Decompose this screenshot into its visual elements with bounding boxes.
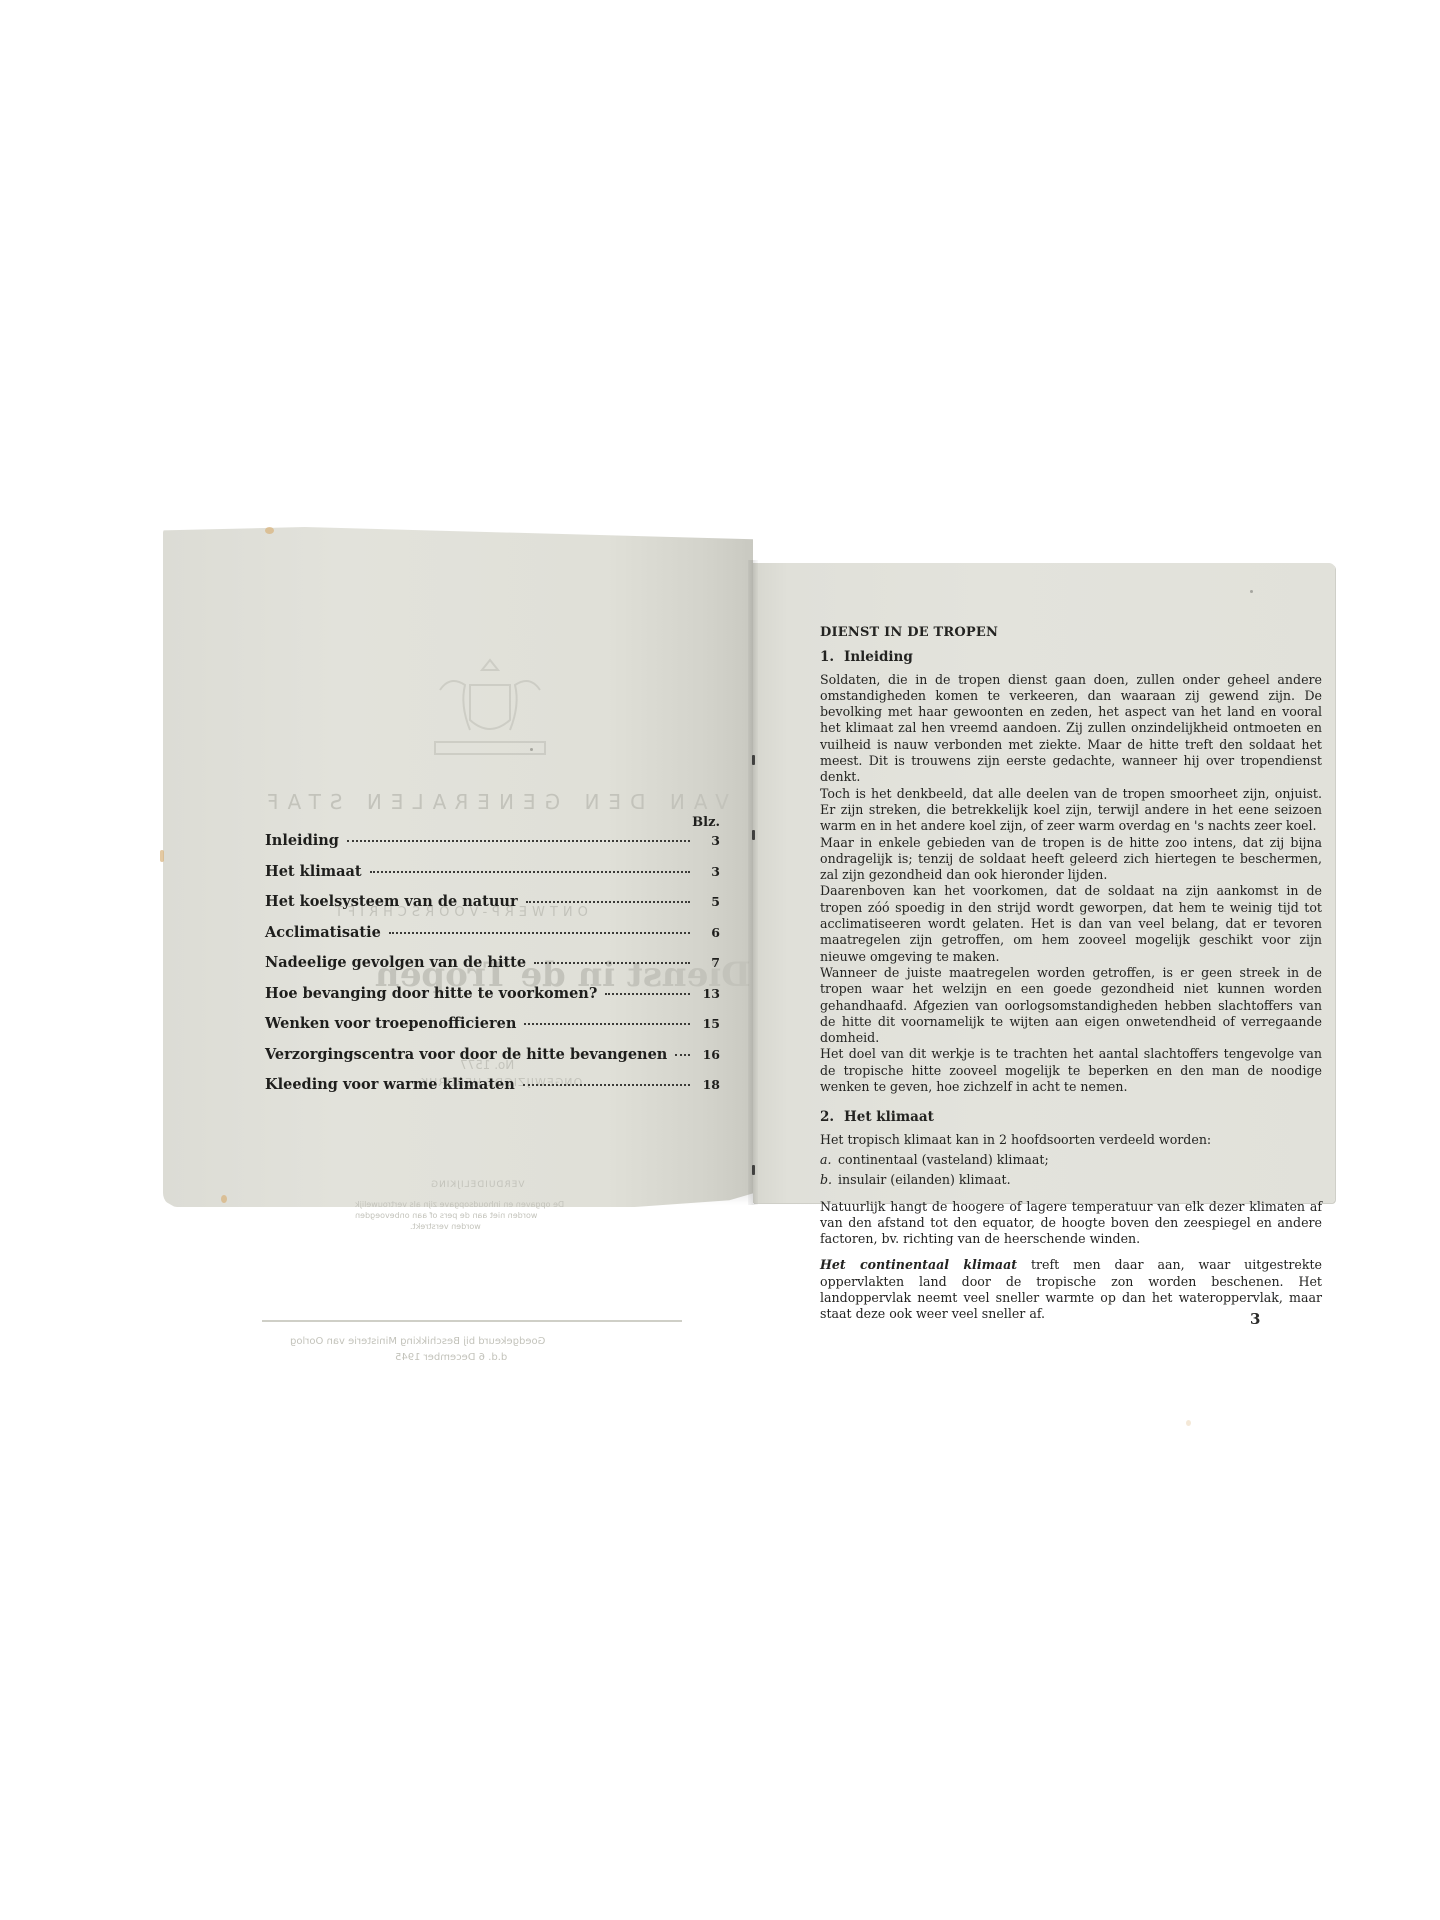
toc-entry: Kleeding voor warme klimaten18 [265,1076,720,1107]
paper-stain [160,850,164,862]
toc-entry-label: Verzorgingscentra voor door de hitte bev… [265,1046,667,1063]
paragraph: Toch is het denkbeeld, dat alle deelen v… [820,786,1322,835]
toc-entry: Nadeelige gevolgen van de hitte7 [265,954,720,985]
toc-entry-label: Inleiding [265,832,339,849]
paper-speck [1250,590,1253,593]
list-item: b. insulair (eilanden) klimaat. [820,1172,1322,1188]
toc-entry-page: 5 [698,894,720,909]
toc-leader-dots [605,993,690,995]
section-heading: 2.Het klimaat [820,1109,1322,1125]
toc-leader-dots [524,1023,690,1025]
show-through-notice-line: worden niet aan de pers of aan onbevoegd… [355,1211,537,1220]
toc-entry-label: Wenken voor troepenofficieren [265,1015,516,1032]
document-title: DIENST IN DE TROPEN [820,625,1322,641]
show-through-rule [262,1320,682,1322]
list-item: a. continentaal (vasteland) klimaat; [820,1152,1322,1168]
staple-mark [752,1165,755,1175]
toc-entry-page: 7 [698,955,720,970]
show-through-notice-title: VERDUIDELIJKING [430,1180,524,1190]
paragraph: Het doel van dit werkje is te trachten h… [820,1046,1322,1095]
toc-entry-page: 3 [698,864,720,879]
section-heading: 1.Inleiding [820,649,1322,665]
toc-entry-label: Hoe bevanging door hitte te voorkomen? [265,985,597,1002]
show-through-notice-line: worden verstrekt. [410,1222,481,1231]
toc-leader-dots [526,901,690,903]
toc-leader-dots [675,1054,690,1056]
toc-entry: Hoe bevanging door hitte te voorkomen?13 [265,985,720,1016]
toc-entry: Het klimaat3 [265,863,720,894]
toc-entry: Wenken voor troepenofficieren15 [265,1015,720,1046]
staple-mark [752,755,755,765]
paragraph: Het continentaal klimaat treft men daar … [820,1257,1322,1322]
toc-entry: Het koelsysteem van de natuur5 [265,893,720,924]
paragraph: Soldaten, die in de tropen dienst gaan d… [820,672,1322,786]
toc-entry: Inleiding3 [265,832,720,863]
paper-stain [265,527,274,534]
paragraph: Maar in enkele gebieden van de tropen is… [820,835,1322,884]
toc-entry-page: 16 [698,1047,720,1062]
paragraph: Daarenboven kan het voorkomen, dat de so… [820,883,1322,964]
paragraph: Wanneer de juiste maatregelen worden get… [820,965,1322,1046]
toc-entry-page: 6 [698,925,720,940]
paper-stain [1186,1420,1191,1426]
paper-stain [221,1195,227,1203]
toc-entry-label: Het koelsysteem van de natuur [265,893,518,910]
toc-entry-page: 13 [698,986,720,1001]
toc-entry: Verzorgingscentra voor door de hitte bev… [265,1046,720,1077]
toc-entry-page: 18 [698,1077,720,1092]
toc-entry-label: Kleeding voor warme klimaten [265,1076,515,1093]
coat-of-arms-icon [420,650,560,770]
toc-entry-label: Het klimaat [265,863,362,880]
toc-leader-dots [389,932,690,934]
page-number: 3 [1250,1310,1260,1328]
show-through-footer-line: d.d. 6 December 1945 [395,1352,507,1363]
toc-leader-dots [347,840,690,842]
book-spine [748,560,758,1205]
toc-entry-page: 3 [698,833,720,848]
toc-entry-label: Acclimatisatie [265,924,381,941]
page-content: DIENST IN DE TROPEN 1.Inleiding Soldaten… [820,625,1322,1323]
show-through-notice-line: De opgaven en inhoudsopgave zijn als ver… [355,1200,564,1209]
paragraph: Het tropisch klimaat kan in 2 hoofdsoort… [820,1132,1322,1148]
toc-leader-dots [370,871,690,873]
toc-entry: Acclimatisatie6 [265,924,720,955]
show-through-header: STAF VAN DEN GENERALEN STAF [258,790,829,814]
toc-entry-label: Nadeelige gevolgen van de hitte [265,954,526,971]
paragraph: Natuurlijk hangt de hoogere of lagere te… [820,1199,1322,1248]
show-through-footer-line: Goedgekeurd bij Beschikking Ministerie v… [290,1336,545,1347]
staple-mark [752,830,755,840]
toc-page-header: Blz. [265,815,720,830]
toc-leader-dots [523,1084,690,1086]
toc-entry-page: 15 [698,1016,720,1031]
table-of-contents: Blz. Inleiding3Het klimaat3Het koelsyste… [265,815,720,1107]
toc-leader-dots [534,962,690,964]
